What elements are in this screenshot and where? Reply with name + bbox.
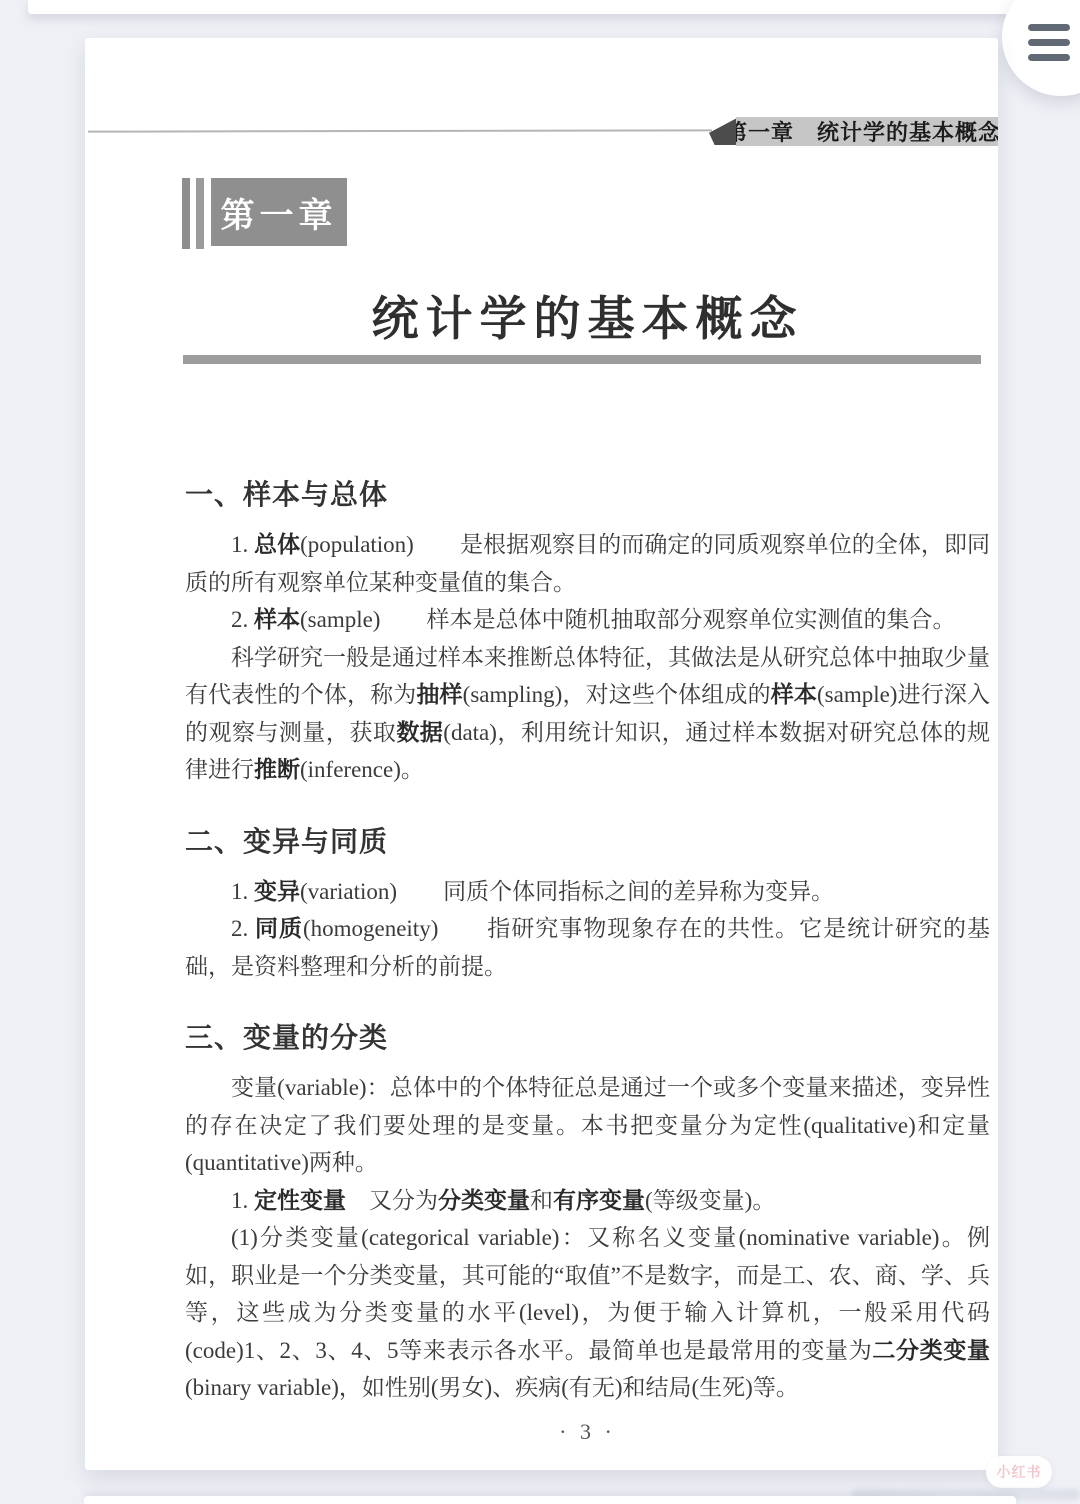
hamburger-icon xyxy=(1028,39,1070,46)
hamburger-icon xyxy=(1028,54,1070,61)
paragraph: 1. 定性变量 又分为分类变量和有序变量(等级变量)。 xyxy=(185,1182,990,1220)
paragraph: (1)分类变量(categorical variable)：又称名义变量(nom… xyxy=(185,1219,990,1407)
paragraph: 2. 同质(homogeneity) 指研究事物现象存在的共性。它是统计研究的基… xyxy=(185,910,990,985)
page-number: · 3 · xyxy=(185,1419,990,1445)
paragraph: 2. 样本(sample) 样本是总体中随机抽取部分观察单位实测值的集合。 xyxy=(185,601,990,639)
running-header-bar: 第一章 统计学的基本概念 xyxy=(736,117,998,146)
section-heading: 三、变量的分类 xyxy=(185,1021,990,1055)
page-sections: 一、样本与总体1. 总体(population) 是根据观察目的而确定的同质观察… xyxy=(185,478,990,1408)
watermark-label: 小红书 xyxy=(997,1462,1042,1482)
paragraph: (2)有序变量(ordinal variable)：分类变量在种种可能的“取值”… xyxy=(185,1407,990,1409)
section-heading: 二、变异与同质 xyxy=(185,825,990,859)
vertical-accent-bar xyxy=(182,178,190,249)
next-page-edge xyxy=(84,1496,1016,1504)
page-title: 统计学的基本概念 xyxy=(185,282,990,349)
page-card: 第一章 统计学的基本概念 第一章 统计学的基本概念 一、样本与总体1. 总体(p… xyxy=(85,38,998,1470)
paragraph: 1. 变异(variation) 同质个体同指标之间的差异称为变异。 xyxy=(185,873,990,911)
running-header-rule xyxy=(88,129,712,132)
running-header-text: 第一章 统计学的基本概念 xyxy=(736,117,998,146)
section-heading: 一、样本与总体 xyxy=(185,478,990,512)
paragraph: 1. 总体(population) 是根据观察目的而确定的同质观察单位的全体，即… xyxy=(185,526,990,601)
running-header-flag-icon xyxy=(709,118,737,145)
watermark-badge: 小红书 xyxy=(986,1456,1052,1488)
chapter-badge: 第一章 xyxy=(211,178,347,246)
paragraph: 变量(variable)：总体中的个体特征总是通过一个或多个变量来描述，变异性的… xyxy=(185,1069,990,1182)
previous-page-edge xyxy=(28,0,1018,14)
chapter-badge-row: 第一章 xyxy=(182,178,347,249)
title-underline-rule xyxy=(183,355,981,364)
vertical-accent-bar xyxy=(196,178,204,249)
viewer-stage: 第一章 统计学的基本概念 第一章 统计学的基本概念 一、样本与总体1. 总体(p… xyxy=(0,0,1080,1504)
hamburger-icon xyxy=(1028,24,1070,31)
paragraph: 科学研究一般是通过样本来推断总体特征，其做法是从研究总体中抽取少量有代表性的个体… xyxy=(185,639,990,789)
menu-button[interactable] xyxy=(1002,0,1080,96)
